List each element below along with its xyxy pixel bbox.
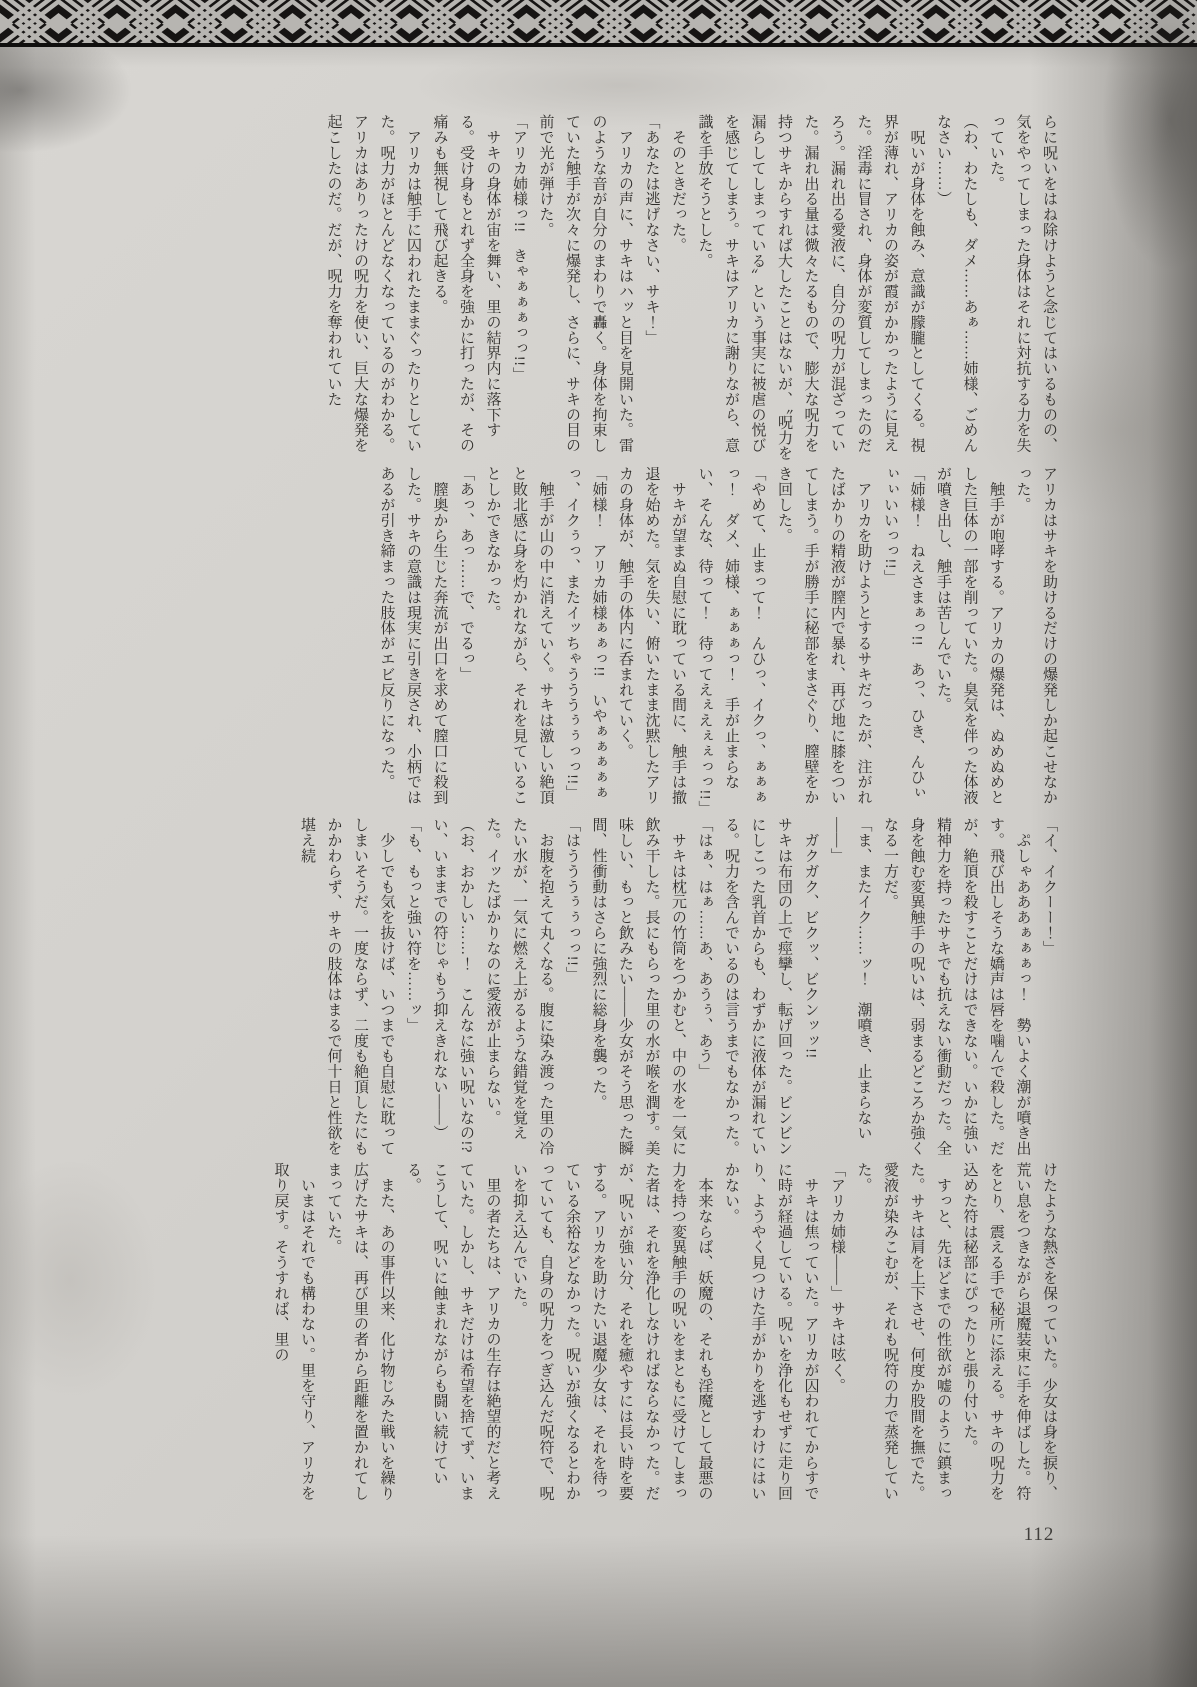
paragraph: いまはそれでも構わない。里を守り、アリカを取り戻す。そうすれば、里の bbox=[267, 1162, 320, 1508]
paragraph: 触手が咆哮する。アリカの爆発は、ぬめぬめとした巨体の一部を削っていた。臭気を伴っ… bbox=[930, 466, 1010, 812]
diamond-lattice-border bbox=[0, 0, 1197, 47]
paragraph: 「イ、イクーー！」 bbox=[1036, 817, 1063, 1159]
text-block-2: アリカはサキを助けるだけの爆発しか起こせなかった。 触手が咆哮する。アリカの爆発… bbox=[131, 466, 1062, 812]
paragraph: 「ま、またイク……ッ！ 潮噴き、止まらない——」 bbox=[824, 817, 877, 1159]
paragraph: アリカの声に、サキはハッと目を見開いた。雷のような音が自分のまわりで轟く。身体を… bbox=[532, 114, 638, 462]
paragraph: けたような熱さを保っていた。少女は身を捩り、荒い息をつきながら退魔装束に手を伸ば… bbox=[956, 1162, 1062, 1508]
paragraph: 「アリカ姉様っ!! きゃぁぁぁっっ!!」 bbox=[506, 114, 533, 462]
text-block-3: 「イ、イクーー！」 ぷしゃあああぁぁぁっ！ 勢いよく潮が噴き出す。飛び出しそうな… bbox=[131, 817, 1062, 1159]
paragraph: 呪いが身体を蝕み、意識が朦朧としてくる。視界が薄れ、アリカの姿が霞がかかったよう… bbox=[691, 114, 930, 462]
paragraph: サキは枕元の竹筒をつかむと、中の水を一気に飲み干した。長にもらった里の水が喉を潤… bbox=[585, 817, 691, 1159]
paragraph: （わ、わたしも、ダメ……あぁ……姉様、ごめんなさい……） bbox=[930, 114, 983, 462]
paragraph: 「あなたは逃げなさい、サキ！」 bbox=[638, 114, 665, 462]
paragraph: サキが望まぬ自慰に耽っている間に、触手は撤退を始めた。気を失い、俯いたまま沈黙し… bbox=[612, 466, 692, 812]
paragraph: サキの身体が宙を舞い、里の結界内に落下する。受け身もとれず全身を強かに打ったが、… bbox=[426, 114, 506, 462]
paragraph: 膣奥から生じた奔流が出口を求めて膣口に殺到した。サキの意識は現実に引き戻され、小… bbox=[373, 466, 453, 812]
paragraph: ガクガク、ビクッ、ビクンッッ!! bbox=[797, 817, 824, 1159]
paragraph: また、あの事件以来、化け物じみた戦いを繰り広げたサキは、再び里の者から距離を置か… bbox=[320, 1162, 400, 1508]
paragraph: 本来ならば、妖魔の、それも淫魔として最悪の力を持つ変異触手の呪いをまともに受けて… bbox=[506, 1162, 718, 1508]
paragraph: 「アリカ姉様——」サキは呟く。 bbox=[824, 1162, 851, 1508]
text-block-4: けたような熱さを保っていた。少女は身を捩り、荒い息をつきながら退魔装束に手を伸ば… bbox=[131, 1162, 1062, 1508]
paragraph: 「姉様！ アリカ姉様ぁぁっ!! いやぁぁぁぁぁっ、イクぅっ、またイッちゃうううぅ… bbox=[559, 466, 612, 812]
paragraph: 「あっ、あっ……で、でるっ」 bbox=[453, 466, 480, 812]
paragraph: 少しでも気を抜けば、いつまでも自慰に耽ってしまいそうだ。一度ならず、二度も絶頂し… bbox=[294, 817, 400, 1159]
paragraph: らに呪いをはね除けようと念じてはいるものの、気をやってしまった身体はそれに対抗す… bbox=[983, 114, 1063, 462]
paragraph: 里の者たちは、アリカの生存は絶望的だと考えていた。しかし、サキだけは希望を捨てず… bbox=[400, 1162, 506, 1508]
paragraph: サキは焦っていた。アリカが囚われてからすでに時が経過している。呪いを浄化もせずに… bbox=[718, 1162, 824, 1508]
page-number: 112 bbox=[1004, 1524, 1074, 1546]
paragraph: 「姉様！ ねえさまぁっ!! あっ、ひき、んひぃぃぃいいっっ!!」 bbox=[877, 466, 930, 812]
paragraph: ぷしゃあああぁぁぁっ！ 勢いよく潮が噴き出す。飛び出しそうな嬌声は唇を噛んで殺し… bbox=[877, 817, 1036, 1159]
paragraph: アリカはサキを助けるだけの爆発しか起こせなかった。 bbox=[1009, 466, 1062, 812]
paragraph: アリカを助けようとするサキだったが、注がれたばかりの精液が膣内で暴れ、再び地に膝… bbox=[771, 466, 877, 812]
paragraph: サキは布団の上で痙攣し、転げ回った。ビンビンにしこった乳首からも、わずかに液体が… bbox=[718, 817, 798, 1159]
paragraph: （お、おかしい……！ こんなに強い呪いなの!? い、いままでの符じゃもう抑えきれ… bbox=[426, 817, 479, 1159]
paragraph: 「はぁ、はぁ……あ、あうぅ、あう」 bbox=[691, 817, 718, 1159]
paragraph: お腹を抱えて丸くなる。腹に染み渡った里の冷たい水が、一気に燃え上がるような錯覚を… bbox=[479, 817, 559, 1159]
paragraph: そのときだった。 bbox=[665, 114, 692, 462]
book-page-scan: らに呪いをはね除けようと念じてはいるものの、気をやってしまった身体はそれに対抗す… bbox=[0, 0, 1197, 1687]
paragraph: 触手が山の中に消えていく。サキは激しい絶頂と敗北感に身を灼かれながら、それを見て… bbox=[479, 466, 559, 812]
paragraph: 「も、もっと強い符を……ッ」 bbox=[400, 817, 427, 1159]
paragraph: すっと、先ほどまでの性欲が嘘のように鎮まった。サキは肩を上下させ、何度か股間を撫… bbox=[850, 1162, 956, 1508]
text-block-1: らに呪いをはね除けようと念じてはいるものの、気をやってしまった身体はそれに対抗す… bbox=[131, 114, 1062, 462]
paragraph: 「やめて、止まって！ んひっ、イクっ、ぁぁぁっ！ ダメ、姉様、ぁぁぁっ！ 手が止… bbox=[691, 466, 771, 812]
paragraph: 「はうううぅぅっっ!!」 bbox=[559, 817, 586, 1159]
paragraph: アリカは触手に囚われたままぐったりとしていた。呪力がほとんどなくなっているのがわ… bbox=[320, 114, 426, 462]
